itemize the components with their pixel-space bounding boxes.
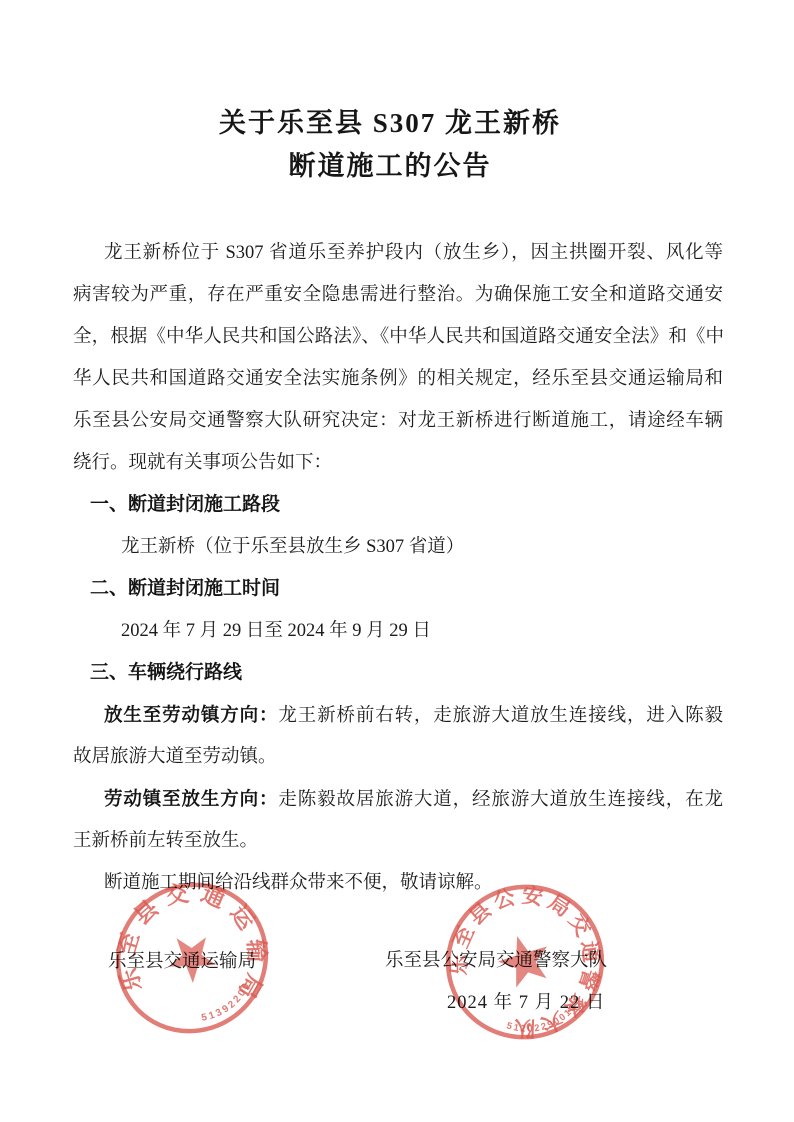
- body-line-text: 全，根据《中华人民共和国公路法》、《中华人民共和国道路交通安全法》和《中: [73, 327, 723, 347]
- section-heading-3: 三、车辆绕行路线: [73, 652, 723, 694]
- route-line: 放生至劳动镇方向：龙王新桥前右转，走旅游大道放生连接线，进入陈毅: [73, 694, 723, 736]
- route-lead: 劳动镇至放生方向：: [104, 788, 278, 809]
- section-item: 2024 年 7 月 29 日至 2024 年 9 月 29 日: [73, 610, 723, 652]
- body-line: 全，根据《中华人民共和国公路法》、《中华人民共和国道路交通安全法》和《中: [73, 316, 723, 358]
- notice-page: 关于乐至县 S307 龙王新桥 断道施工的公告 龙王新桥位于 S307 省道乐至…: [0, 0, 794, 1122]
- section-heading-text: 二、断道封闭施工时间: [90, 578, 280, 599]
- signature-traffic-police: 乐至县公安局交通警察大队: [385, 946, 607, 972]
- body-line: 华人民共和国道路交通安全法实施条例》的相关规定，经乐至县交通运输局和: [73, 358, 723, 400]
- body-line-text: 龙王新桥位于 S307 省道乐至养护段内（放生乡），因主拱圈开裂、风化等: [104, 243, 723, 263]
- route-line: 故居旅游大道至劳动镇。: [73, 736, 723, 778]
- route-text: 王新桥前左转至放生。: [73, 831, 258, 851]
- section-item-text: 2024 年 7 月 29 日至 2024 年 9 月 29 日: [121, 621, 431, 641]
- section-item-text: 龙王新桥（位于乐至县放生乡 S307 省道）: [121, 537, 464, 557]
- route-text: 走陈毅故居旅游大道，经旅游大道放生连接线，在龙: [278, 790, 723, 810]
- notice-title: 关于乐至县 S307 龙王新桥 断道施工的公告: [0, 102, 780, 188]
- body-line-text: 乐至县公安局交通警察大队研究决定：对龙王新桥进行断道施工，请途经车辆: [73, 411, 723, 431]
- seal-code-text: 51392200: [197, 976, 259, 1030]
- route-line: 王新桥前左转至放生。: [73, 820, 723, 862]
- section-item: 龙王新桥（位于乐至县放生乡 S307 省道）: [73, 526, 723, 568]
- closing-text: 断道施工期间给沿线群众带来不便，敬请谅解。: [104, 873, 493, 893]
- closing-line: 断道施工期间给沿线群众带来不便，敬请谅解。: [73, 862, 723, 904]
- section-heading-text: 一、断道封闭施工路段: [90, 494, 280, 515]
- body-line-text: 病害较为严重，存在严重安全隐患需进行整治。为确保施工安全和道路交通安: [73, 285, 723, 305]
- section-heading-2: 二、断道封闭施工时间: [73, 568, 723, 610]
- section-heading-1: 一、断道封闭施工路段: [73, 484, 723, 526]
- signature-date: 2024 年 7 月 22 日: [447, 988, 605, 1014]
- notice-body: 龙王新桥位于 S307 省道乐至养护段内（放生乡），因主拱圈开裂、风化等 病害较…: [73, 232, 723, 904]
- body-line: 绕行。现就有关事项公告如下：: [73, 442, 723, 484]
- route-text: 故居旅游大道至劳动镇。: [73, 747, 277, 767]
- body-line: 乐至县公安局交通警察大队研究决定：对龙王新桥进行断道施工，请途经车辆: [73, 400, 723, 442]
- notice-title-line2: 断道施工的公告: [0, 145, 780, 188]
- body-line-text: 华人民共和国道路交通安全法实施条例》的相关规定，经乐至县交通运输局和: [73, 369, 723, 389]
- body-line: 病害较为严重，存在严重安全隐患需进行整治。为确保施工安全和道路交通安: [73, 274, 723, 316]
- notice-title-line1: 关于乐至县 S307 龙王新桥: [0, 102, 780, 145]
- body-line: 龙王新桥位于 S307 省道乐至养护段内（放生乡），因主拱圈开裂、风化等: [73, 232, 723, 274]
- route-text: 龙王新桥前右转，走旅游大道放生连接线，进入陈毅: [278, 706, 723, 726]
- signature-transport-bureau: 乐至县交通运输局: [108, 947, 256, 973]
- body-line-text: 绕行。现就有关事项公告如下：: [73, 453, 332, 473]
- route-line: 劳动镇至放生方向：走陈毅故居旅游大道，经旅游大道放生连接线，在龙: [73, 778, 723, 820]
- route-lead: 放生至劳动镇方向：: [104, 704, 278, 725]
- section-heading-text: 三、车辆绕行路线: [90, 662, 242, 683]
